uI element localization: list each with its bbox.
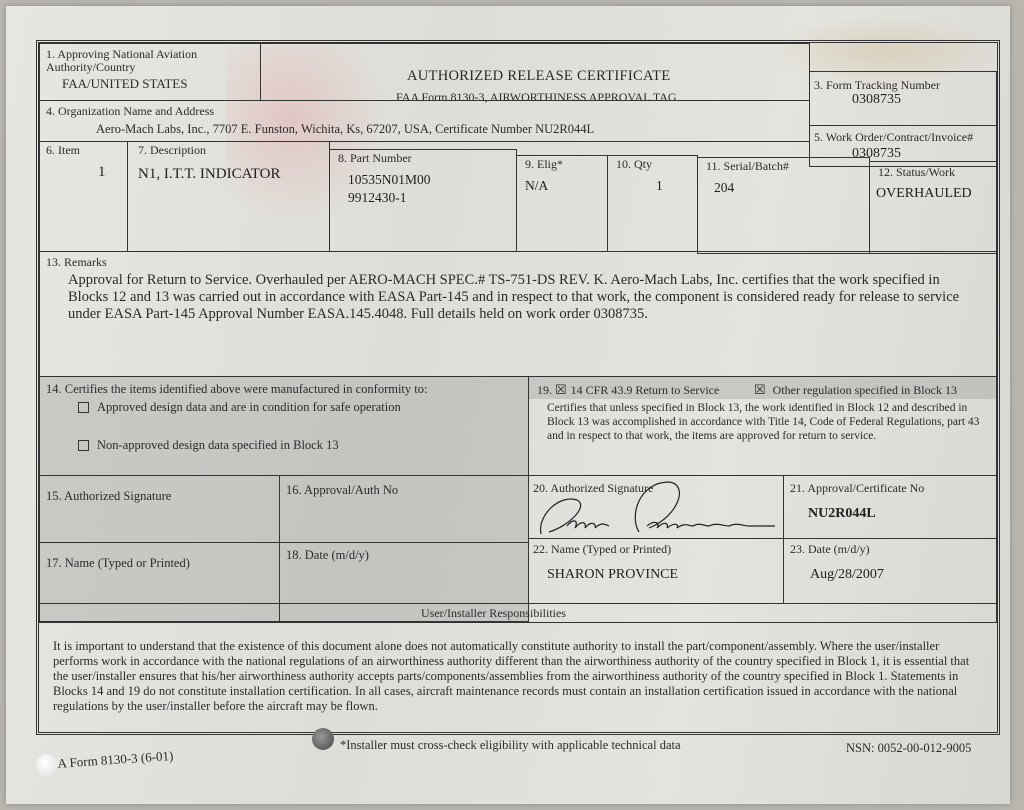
block-19-option-1[interactable]: 19. ☒14 CFR 43.9 Return to Service bbox=[537, 383, 719, 397]
col-header-description: 7. Description bbox=[138, 144, 206, 157]
remarks-label: 13. Remarks bbox=[46, 256, 107, 269]
responsibilities-text: It is important to understand that the e… bbox=[53, 639, 983, 714]
block-19-number: 19. bbox=[537, 383, 552, 397]
title-block: AUTHORIZED RELEASE CERTIFICATE FAA Form … bbox=[260, 43, 810, 101]
checkbox-non-approved-design[interactable] bbox=[78, 440, 89, 451]
block-1: 1. Approving National Aviation Authority… bbox=[39, 43, 261, 101]
block-16-label: 16. Approval/Auth No bbox=[286, 484, 398, 497]
responsibilities-heading: User/Installer Responsibilities bbox=[421, 607, 566, 620]
block-14-option-non-approved[interactable]: Non-approved design data specified in Bl… bbox=[78, 439, 339, 452]
nsn-number: NSN: 0052-00-012-9005 bbox=[846, 742, 971, 755]
cell-elig: N/A bbox=[525, 178, 548, 194]
organization-address: Aero-Mach Labs, Inc., 7707 E. Funston, W… bbox=[96, 123, 594, 136]
block-16: 16. Approval/Auth No bbox=[279, 475, 529, 543]
col-header-part-number: 8. Part Number bbox=[338, 152, 412, 165]
block-18-label: 18. Date (m/d/y) bbox=[286, 549, 369, 562]
col-elig: 9. Elig* N/A bbox=[516, 155, 608, 252]
col-header-qty: 10. Qty bbox=[616, 158, 652, 171]
block-1-value: FAA/UNITED STATES bbox=[62, 77, 187, 90]
block-22: 22. Name (Typed or Printed) SHARON PROVI… bbox=[528, 538, 784, 604]
cell-item: 1 bbox=[98, 164, 106, 181]
block-17-label: 17. Name (Typed or Printed) bbox=[46, 557, 190, 570]
checkbox-checked-icon[interactable]: ☒ bbox=[754, 383, 766, 396]
col-serial: 11. Serial/Batch# 204 bbox=[697, 157, 870, 254]
block-23: 23. Date (m/d/y) Aug/28/2007 bbox=[783, 538, 997, 604]
cell-qty: 1 bbox=[656, 178, 663, 194]
block-3-label: 3. Form Tracking Number bbox=[814, 79, 940, 92]
form-tracking-number: 0308735 bbox=[852, 92, 901, 108]
block-23-label: 23. Date (m/d/y) bbox=[790, 543, 870, 556]
col-header-status: 12. Status/Work bbox=[878, 166, 955, 179]
block-13-remarks: 13. Remarks Approval for Return to Servi… bbox=[39, 251, 997, 377]
responsibilities-heading-row: User/Installer Responsibilities bbox=[39, 603, 997, 623]
block-21: 21. Approval/Certificate No NU2R044L bbox=[783, 475, 997, 539]
col-item: 6. Item 1 bbox=[39, 141, 128, 252]
col-status: 12. Status/Work OVERHAULED bbox=[869, 161, 997, 254]
signer-name: SHARON PROVINCE bbox=[547, 567, 678, 583]
block-5-label: 5. Work Order/Contract/Invoice# bbox=[814, 131, 973, 144]
block-14-option-approved[interactable]: Approved design data and are in conditio… bbox=[78, 401, 401, 414]
block-1-label: 1. Approving National Aviation Authority… bbox=[46, 48, 221, 74]
option-14cfr-label: 14 CFR 43.9 Return to Service bbox=[571, 383, 720, 397]
block-19-text: Certifies that unless specified in Block… bbox=[547, 401, 987, 443]
cell-description: N1, I.T.T. INDICATOR bbox=[138, 166, 281, 183]
handwritten-signature bbox=[529, 476, 785, 540]
installer-note: *Installer must cross-check eligibility … bbox=[340, 739, 681, 752]
option-other-regulation-label: Other regulation specified in Block 13 bbox=[773, 383, 957, 397]
col-header-elig: 9. Elig* bbox=[525, 158, 563, 171]
block-22-label: 22. Name (Typed or Printed) bbox=[533, 543, 671, 556]
certificate-paper: 1. Approving National Aviation Authority… bbox=[6, 6, 1010, 804]
col-part-number: 8. Part Number 10535N01M00 9912430-1 bbox=[329, 149, 517, 252]
cell-serial: 204 bbox=[714, 180, 734, 196]
form-id: FAA Form 8130-3 (6-01) bbox=[42, 749, 174, 771]
cell-status: OVERHAULED bbox=[876, 186, 972, 202]
signature-date: Aug/28/2007 bbox=[810, 567, 884, 583]
col-header-item: 6. Item bbox=[46, 144, 80, 157]
block-19: 19. ☒14 CFR 43.9 Return to Service ☒ Oth… bbox=[528, 376, 997, 476]
block-21-label: 21. Approval/Certificate No bbox=[790, 482, 924, 495]
col-qty: 10. Qty 1 bbox=[607, 155, 698, 252]
option-approved-label: Approved design data and are in conditio… bbox=[97, 400, 401, 414]
col-header-serial: 11. Serial/Batch# bbox=[706, 160, 789, 173]
col-description: 7. Description N1, I.T.T. INDICATOR bbox=[127, 141, 330, 252]
approval-certificate-number: NU2R044L bbox=[808, 506, 876, 522]
block-15: 15. Authorized Signature bbox=[39, 475, 280, 543]
certificate-title: AUTHORIZED RELEASE CERTIFICATE bbox=[407, 68, 670, 85]
block-4-label: 4. Organization Name and Address bbox=[46, 105, 214, 118]
form-8130-3: 1. Approving National Aviation Authority… bbox=[36, 40, 1000, 735]
block-4: 4. Organization Name and Address Aero-Ma… bbox=[39, 100, 810, 142]
cell-part-number-1: 10535N01M00 bbox=[348, 172, 431, 188]
punch-hole bbox=[36, 754, 58, 776]
block-14-label: 14. Certifies the items identified above… bbox=[46, 383, 427, 396]
punch-hole bbox=[312, 728, 334, 750]
block-14: 14. Certifies the items identified above… bbox=[39, 376, 529, 476]
block-3: 3. Form Tracking Number 0308735 bbox=[809, 71, 997, 126]
cell-part-number-2: 9912430-1 bbox=[348, 190, 407, 206]
option-non-approved-label: Non-approved design data specified in Bl… bbox=[97, 438, 339, 452]
checkbox-approved-design[interactable] bbox=[78, 402, 89, 413]
block-20: 20. Authorized Signature bbox=[528, 475, 784, 539]
checkbox-checked-icon[interactable]: ☒ bbox=[555, 383, 567, 396]
block-15-label: 15. Authorized Signature bbox=[46, 490, 171, 503]
block-19-option-2[interactable]: ☒ Other regulation specified in Block 13 bbox=[754, 383, 957, 397]
remarks-text: Approval for Return to Service. Overhaul… bbox=[68, 272, 968, 323]
